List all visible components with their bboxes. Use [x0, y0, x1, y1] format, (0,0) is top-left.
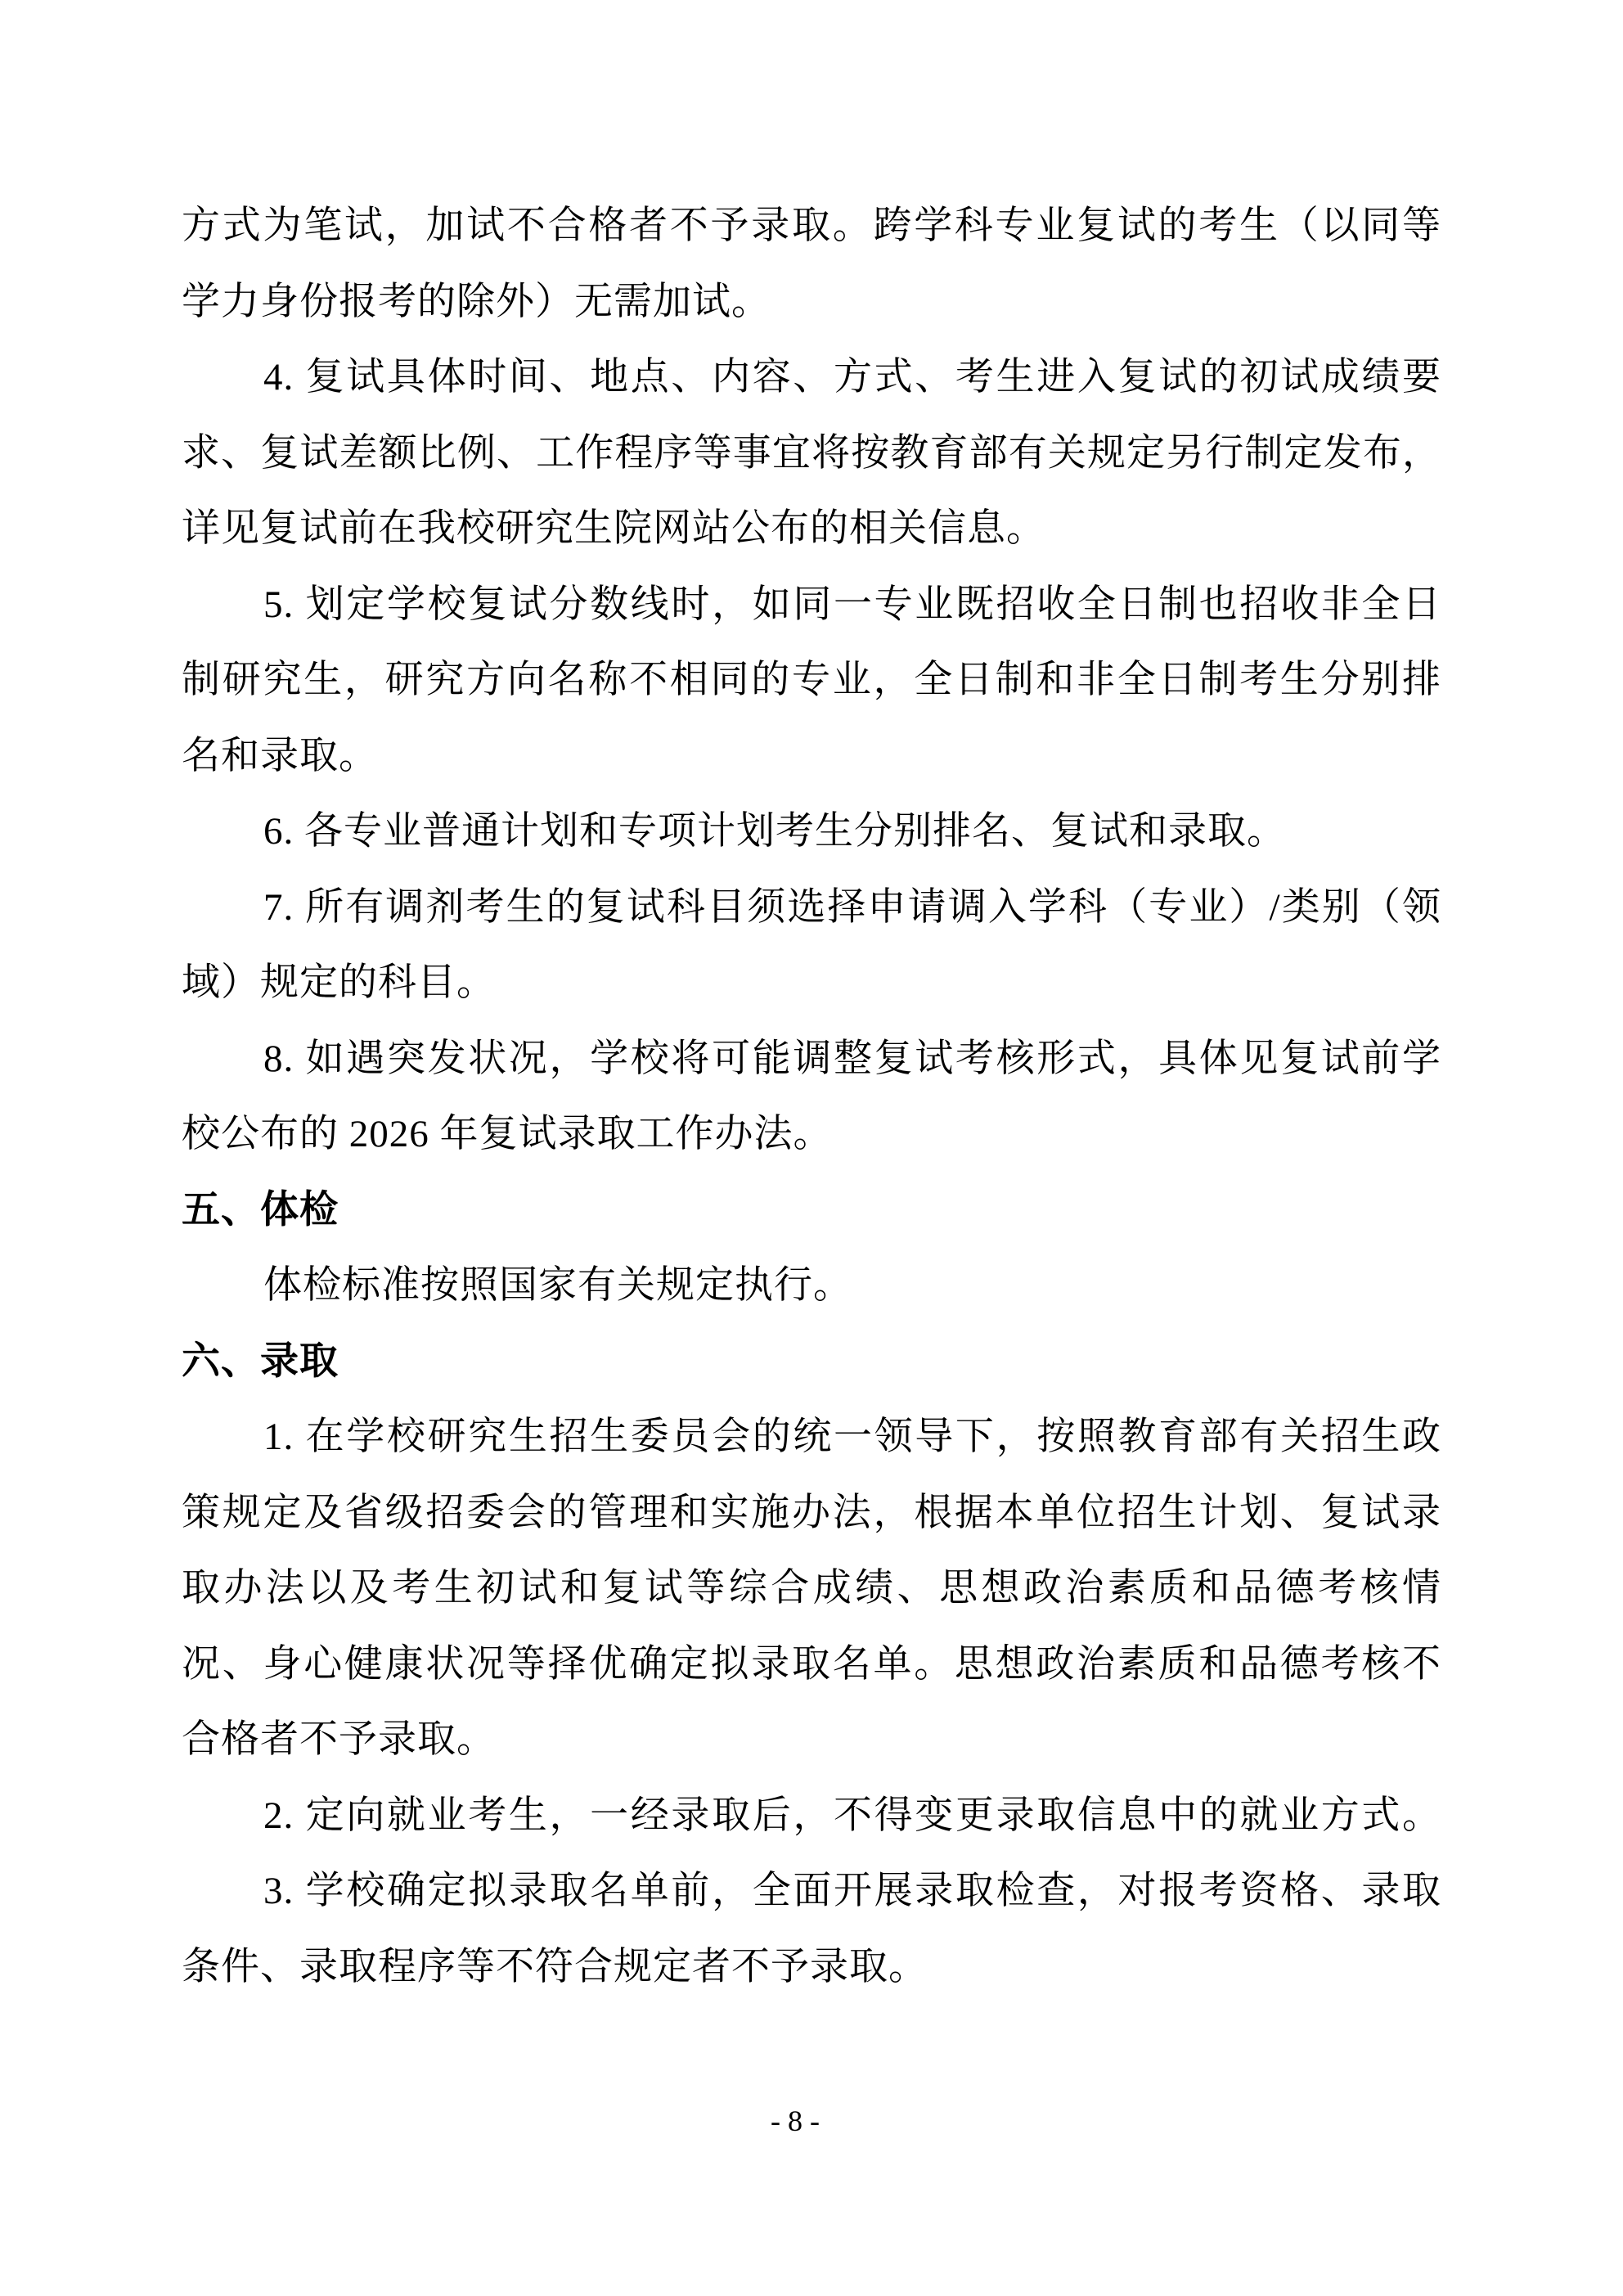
paragraph-line: 校公布的 2026 年复试录取工作办法。 [182, 1096, 1441, 1173]
paragraph-line: 1. 在学校研究生招生委员会的统一领导下，按照教育部有关招生政 [182, 1399, 1441, 1475]
paragraph-line: 策规定及省级招委会的管理和实施办法，根据本单位招生计划、复试录 [182, 1475, 1441, 1551]
section-heading-physical-exam: 五、体检 [182, 1173, 1441, 1249]
paragraph-line: 4. 复试具体时间、地点、内容、方式、考生进入复试的初试成绩要 [182, 340, 1441, 416]
paragraph-line: 条件、录取程序等不符合规定者不予录取。 [182, 1929, 1441, 2006]
document-page: 方式为笔试，加试不合格者不予录取。跨学科专业复试的考生（以同等 学力身份报考的除… [0, 0, 1623, 2296]
paragraph-line: 况、身心健康状况等择优确定拟录取名单。思想政治素质和品德考核不 [182, 1627, 1441, 1703]
paragraph-line: 5. 划定学校复试分数线时，如同一专业既招收全日制也招收非全日 [182, 567, 1441, 643]
paragraph-line: 方式为笔试，加试不合格者不予录取。跨学科专业复试的考生（以同等 [182, 188, 1441, 264]
paragraph-line: 学力身份报考的除外）无需加试。 [182, 264, 1441, 340]
paragraph-line: 域）规定的科目。 [182, 945, 1441, 1021]
paragraph-line: 取办法以及考生初试和复试等综合成绩、思想政治素质和品德考核情 [182, 1551, 1441, 1627]
paragraph-line: 8. 如遇突发状况，学校将可能调整复试考核形式，具体见复试前学 [182, 1021, 1441, 1097]
paragraph-line: 求、复试差额比例、工作程序等事宜将按教育部有关规定另行制定发布， [182, 416, 1441, 492]
section-heading-admission: 六、录取 [182, 1324, 1441, 1400]
paragraph-line: 2. 定向就业考生，一经录取后，不得变更录取信息中的就业方式。 [182, 1778, 1441, 1854]
paragraph-line: 6. 各专业普通计划和专项计划考生分别排名、复试和录取。 [182, 794, 1441, 870]
paragraph-line: 体检标准按照国家有关规定执行。 [182, 1248, 1441, 1324]
paragraph-line: 7. 所有调剂考生的复试科目须选择申请调入学科（专业）/类别（领 [182, 870, 1441, 946]
paragraph-line: 制研究生，研究方向名称不相同的专业，全日制和非全日制考生分别排 [182, 642, 1441, 718]
page-number: - 8 - [0, 2096, 1590, 2145]
document-body: 方式为笔试，加试不合格者不予录取。跨学科专业复试的考生（以同等 学力身份报考的除… [182, 188, 1441, 2005]
paragraph-line: 详见复试前在我校研究生院网站公布的相关信息。 [182, 491, 1441, 567]
paragraph-line: 名和录取。 [182, 718, 1441, 795]
paragraph-line: 3. 学校确定拟录取名单前，全面开展录取检查，对报考资格、录取 [182, 1853, 1441, 1929]
paragraph-line: 合格者不予录取。 [182, 1702, 1441, 1778]
